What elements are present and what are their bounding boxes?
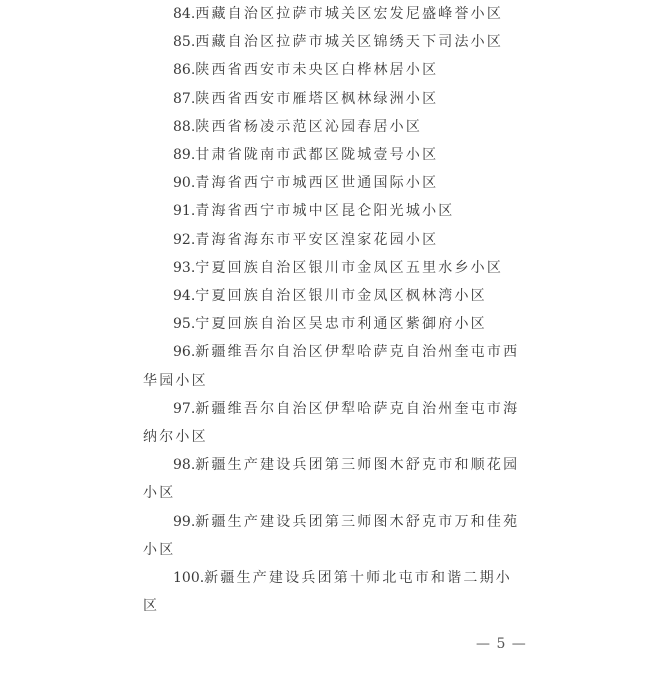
list-item: 89.甘肃省陇南市武都区陇城壹号小区 [143,141,523,169]
item-number: 88. [173,119,195,135]
item-number: 85. [173,34,195,50]
item-text: 青海省西宁市城西区世通国际小区 [195,175,438,191]
item-text: 陕西省杨凌示范区沁园春居小区 [195,119,422,135]
item-number: 90. [173,175,195,191]
item-text: 新疆维吾尔自治区伊犁哈萨克自治州奎屯市海纳尔小区 [143,401,519,445]
list-item: 88.陕西省杨凌示范区沁园春居小区 [143,113,523,141]
list-item: 94.宁夏回族自治区银川市金凤区枫林湾小区 [143,282,523,310]
list-item: 84.西藏自治区拉萨市城关区宏发尼盛峰誉小区 [143,0,523,28]
item-text: 新疆维吾尔自治区伊犁哈萨克自治州奎屯市西华园小区 [143,344,519,388]
list-item: 91.青海省西宁市城中区昆仑阳光城小区 [143,197,523,225]
list-item: 99.新疆生产建设兵团第三师图木舒克市万和佳苑小区 [143,508,523,564]
item-number: 94. [173,288,195,304]
list-item: 92.青海省海东市平安区湟家花园小区 [143,226,523,254]
list-item: 95.宁夏回族自治区吴忠市利通区紫御府小区 [143,310,523,338]
list-item: 100.新疆生产建设兵团第十师北屯市和谐二期小区 [143,564,523,620]
list-item: 85.西藏自治区拉萨市城关区锦绣天下司法小区 [143,28,523,56]
item-text: 西藏自治区拉萨市城关区宏发尼盛峰誉小区 [195,6,503,22]
residential-community-list: 84.西藏自治区拉萨市城关区宏发尼盛峰誉小区 85.西藏自治区拉萨市城关区锦绣天… [143,0,523,620]
item-text: 甘肃省陇南市武都区陇城壹号小区 [195,147,438,163]
item-text: 宁夏回族自治区银川市金凤区枫林湾小区 [195,288,487,304]
document-page: 84.西藏自治区拉萨市城关区宏发尼盛峰誉小区 85.西藏自治区拉萨市城关区锦绣天… [0,0,662,674]
item-text: 新疆生产建设兵团第三师图木舒克市和顺花园小区 [143,457,519,501]
item-number: 95. [173,316,195,332]
item-text: 宁夏回族自治区银川市金凤区五里水乡小区 [195,260,503,276]
item-number: 97. [173,401,195,417]
list-item: 98.新疆生产建设兵团第三师图木舒克市和顺花园小区 [143,451,523,507]
item-number: 84. [173,6,195,22]
item-number: 96. [173,344,195,360]
item-text: 新疆生产建设兵团第三师图木舒克市万和佳苑小区 [143,514,519,558]
list-item: 96.新疆维吾尔自治区伊犁哈萨克自治州奎屯市西华园小区 [143,338,523,394]
list-item: 86.陕西省西安市未央区白桦林居小区 [143,56,523,84]
item-number: 93. [173,260,195,276]
item-number: 89. [173,147,195,163]
list-item: 87.陕西省西安市雁塔区枫林绿洲小区 [143,85,523,113]
item-number: 86. [173,62,195,78]
item-number: 98. [173,457,195,473]
list-item: 93.宁夏回族自治区银川市金凤区五里水乡小区 [143,254,523,282]
item-number: 87. [173,91,195,107]
item-text: 陕西省西安市雁塔区枫林绿洲小区 [195,91,438,107]
item-text: 西藏自治区拉萨市城关区锦绣天下司法小区 [195,34,503,50]
item-text: 宁夏回族自治区吴忠市利通区紫御府小区 [195,316,487,332]
item-number: 100. [173,570,204,586]
item-number: 92. [173,232,195,248]
page-number: — 5 — [476,636,527,652]
item-number: 91. [173,203,195,219]
item-number: 99. [173,514,195,530]
item-text: 青海省海东市平安区湟家花园小区 [195,232,438,248]
item-text: 陕西省西安市未央区白桦林居小区 [195,62,438,78]
item-text: 青海省西宁市城中区昆仑阳光城小区 [195,203,454,219]
list-item: 90.青海省西宁市城西区世通国际小区 [143,169,523,197]
list-item: 97.新疆维吾尔自治区伊犁哈萨克自治州奎屯市海纳尔小区 [143,395,523,451]
